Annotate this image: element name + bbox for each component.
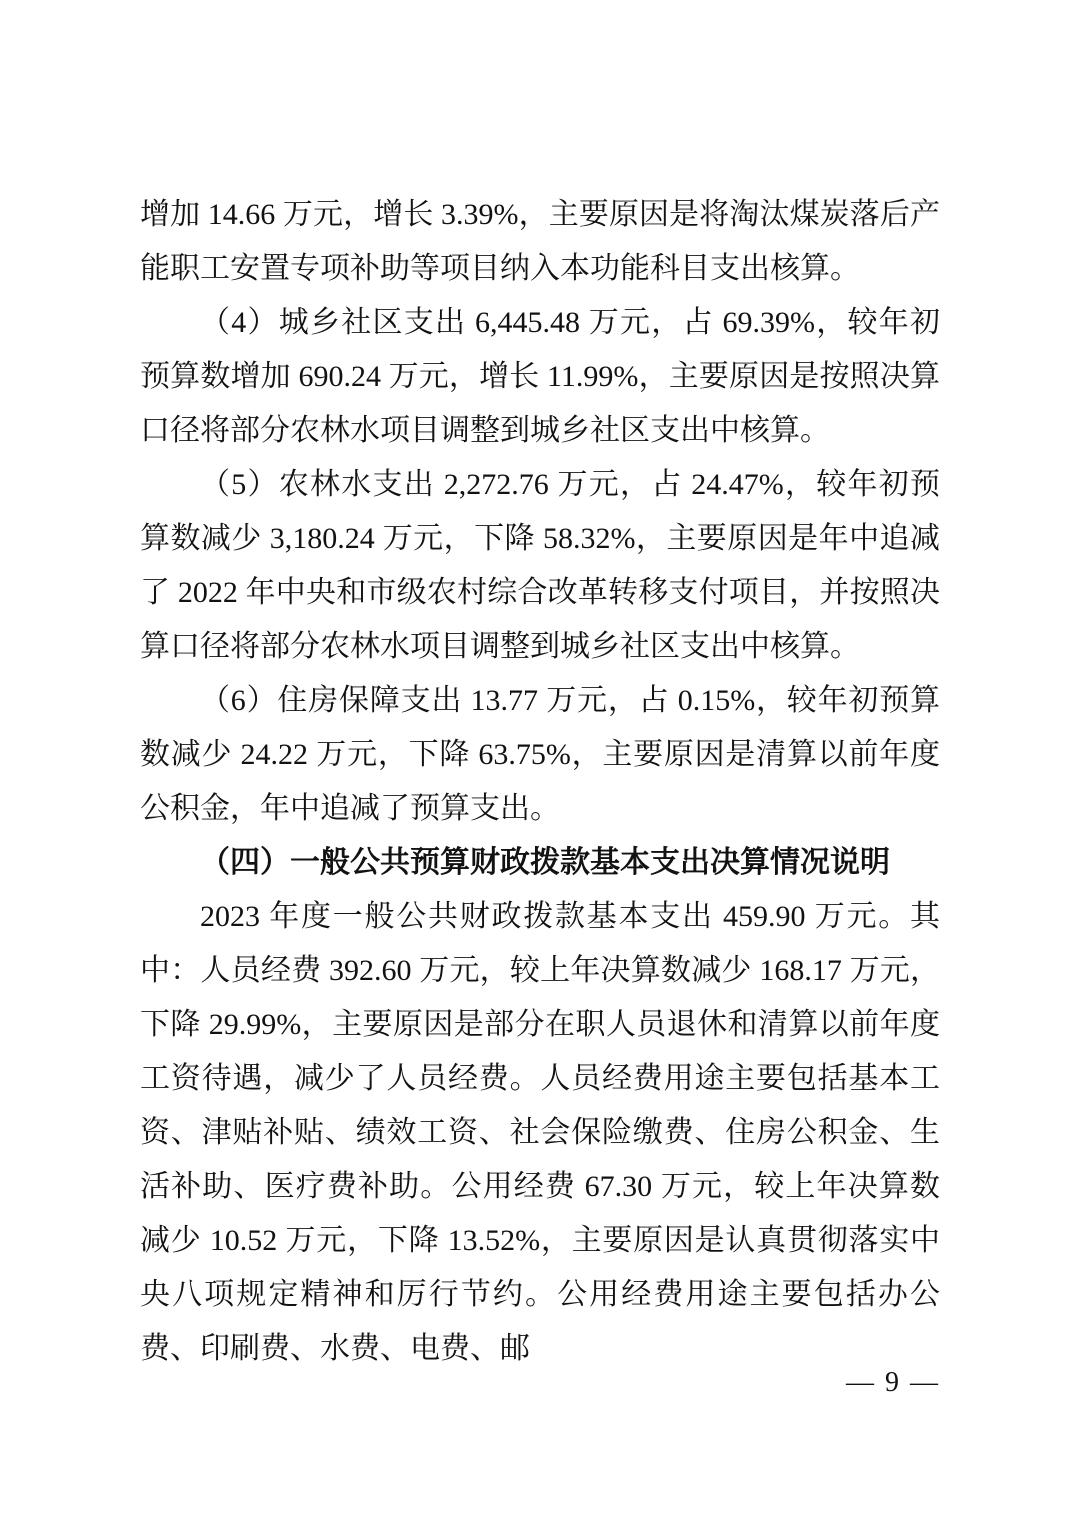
document-page: 增加 14.66 万元，增长 3.39%，主要原因是将淘汰煤炭落后产能职工安置专… xyxy=(0,0,1074,1520)
paragraph-item-4-urban-rural-community: （4）城乡社区支出 6,445.48 万元，占 69.39%，较年初预算数增加 … xyxy=(140,296,940,458)
page-number: — 9 — xyxy=(846,1366,940,1400)
paragraph-item-5-agriculture-forestry-water: （5）农林水支出 2,272.76 万元，占 24.47%，较年初预算数减少 3… xyxy=(140,458,940,674)
section-heading-basic-expenditure: （四）一般公共预算财政拨款基本支出决算情况说明 xyxy=(140,836,940,890)
paragraph-basic-expenditure-details: 2023 年度一般公共财政拨款基本支出 459.90 万元。其中：人员经费 39… xyxy=(140,890,940,1376)
paragraph-continuation: 增加 14.66 万元，增长 3.39%，主要原因是将淘汰煤炭落后产能职工安置专… xyxy=(140,188,940,296)
paragraph-item-6-housing-security: （6）住房保障支出 13.77 万元，占 0.15%，较年初预算数减少 24.2… xyxy=(140,674,940,836)
document-body: 增加 14.66 万元，增长 3.39%，主要原因是将淘汰煤炭落后产能职工安置专… xyxy=(140,188,940,1376)
